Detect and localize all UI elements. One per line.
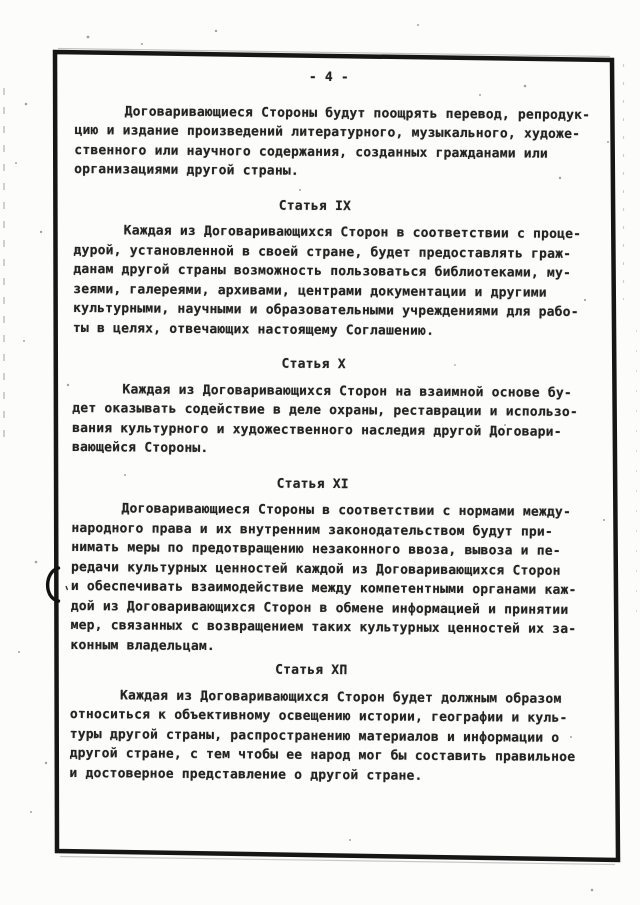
article-heading: Статья IX: [74, 194, 596, 218]
text-line: конным владельцам.: [70, 635, 592, 659]
text-line: и достоверное представление о другой стр…: [69, 763, 591, 787]
frame-fringe-top: [58, 49, 610, 57]
page-number: - 4 -: [75, 66, 597, 90]
article-heading: Статья X: [73, 353, 595, 377]
text-line: организациями другой страны.: [74, 160, 596, 184]
paragraph: Договаривающиеся Стороны будут поощрять …: [74, 101, 597, 183]
binding-tick: [66, 586, 68, 590]
paragraph: Каждая из Договаривающихся Сторон на вза…: [72, 379, 595, 461]
scanned-document-page: - 4 - Договаривающиеся Стороны будут поо…: [0, 0, 640, 905]
paragraph: Каждая из Договаривающихся Сторон в соот…: [73, 221, 596, 342]
paragraph: Каждая из Договаривающихся Сторон будет …: [69, 685, 592, 787]
text-line: вающейся Стороны.: [72, 438, 594, 462]
document-body: - 4 - Договаривающиеся Стороны будут поо…: [69, 66, 597, 787]
article-heading: Статья XI: [72, 472, 594, 496]
frame-fringe-bottom: [60, 857, 615, 865]
article-heading: Статья ХП: [70, 659, 592, 683]
document-blocks: Договаривающиеся Стороны будут поощрять …: [69, 101, 596, 787]
paragraph: Договаривающиеся Стороны в соответствии …: [70, 499, 593, 659]
binding-mark: [48, 568, 59, 601]
text-line: ты в целях, отвечающих настоящему Соглаш…: [73, 318, 595, 342]
